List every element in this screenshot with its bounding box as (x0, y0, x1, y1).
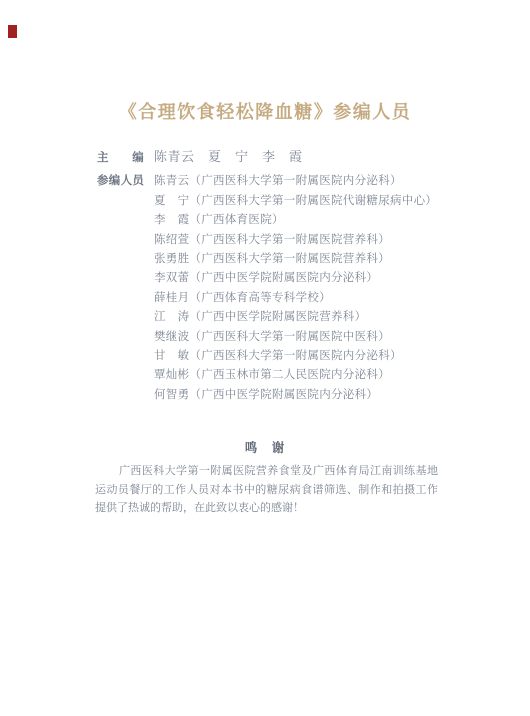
contributor-affiliation: （广西医科大学第一附属医院营养科） (189, 250, 390, 269)
contributor-name: 陈青云 (154, 172, 189, 191)
contributor-row: 夏 宁（广西医科大学第一附属医院代谢糖尿病中心） (97, 192, 437, 211)
contributor-name: 张勇胜 (154, 250, 189, 269)
contributor-affiliation: （广西中医学院附属医院营养科） (189, 308, 366, 327)
chief-editor-row: 主编 陈青云 夏 宁 李 霞 (97, 147, 437, 168)
contributor-affiliation: （广西体育高等专科学校） (189, 289, 331, 308)
contributor-name: 李双蕾 (154, 269, 189, 288)
contributor-name: 陈绍萱 (154, 231, 189, 250)
acknowledgement-line: 提供了热诚的帮助，在此致以衷心的感谢！ (95, 499, 438, 518)
contributor-row: 江 涛（广西中医学院附属医院营养科） (97, 308, 437, 327)
acknowledgement-line: 广西医科大学第一附属医院营养食堂及广西体育局江南训练基地 (95, 462, 438, 481)
chief-editor-label: 主编 (97, 149, 144, 168)
contributor-affiliation: （广西中医学院附属医院内分泌科） (189, 269, 378, 288)
contributor-row: 薛桂月（广西体育高等专科学校） (97, 289, 437, 308)
contributor-name: 樊继波 (154, 328, 189, 347)
contributors-label: 参编人员 (97, 172, 144, 191)
chief-editor-names: 陈青云 夏 宁 李 霞 (154, 147, 303, 166)
contributor-row: 何智勇（广西中医学院附属医院内分泌科） (97, 386, 437, 405)
credits-block: 主编 陈青云 夏 宁 李 霞 参编人员 陈青云（广西医科大学第一附属医院内分泌科… (97, 147, 437, 405)
acknowledgement-paragraph: 广西医科大学第一附属医院营养食堂及广西体育局江南训练基地 运动员餐厅的工作人员对… (95, 462, 438, 518)
contributor-name: 覃灿彬 (154, 366, 189, 385)
contributor-affiliation: （广西医科大学第一附属医院代谢糖尿病中心） (189, 192, 437, 211)
contributor-affiliation: （广西医科大学第一附属医院中医科） (189, 328, 390, 347)
contributor-row: 参编人员 陈青云（广西医科大学第一附属医院内分泌科） (97, 172, 437, 191)
contributor-name: 甘 敏 (154, 347, 189, 366)
contributors-list: 参编人员 陈青云（广西医科大学第一附属医院内分泌科） 夏 宁（广西医科大学第一附… (97, 172, 437, 405)
contributor-row: 覃灿彬（广西玉林市第二人民医院内分泌科） (97, 366, 437, 385)
contributor-row: 李 霞（广西体育医院） (97, 211, 437, 230)
contributor-affiliation: （广西体育医院） (189, 211, 283, 230)
red-corner-scan-mark (8, 25, 17, 38)
contributor-row: 甘 敏（广西医科大学第一附属医院内分泌科） (97, 347, 437, 366)
contributor-row: 张勇胜（广西医科大学第一附属医院营养科） (97, 250, 437, 269)
book-page: 《合理饮食轻松降血糖》参编人员 主编 陈青云 夏 宁 李 霞 参编人员 陈青云（… (0, 0, 530, 716)
acknowledgement-line: 运动员餐厅的工作人员对本书中的糖尿病食谱筛选、制作和拍摄工作 (95, 481, 438, 500)
acknowledgement-heading: 鸣 谢 (0, 438, 530, 456)
contributor-row: 李双蕾（广西中医学院附属医院内分泌科） (97, 269, 437, 288)
contributor-affiliation: （广西医科大学第一附属医院营养科） (189, 231, 390, 250)
contributor-name: 何智勇 (154, 386, 189, 405)
contributor-name: 薛桂月 (154, 289, 189, 308)
contributor-row: 樊继波（广西医科大学第一附属医院中医科） (97, 328, 437, 347)
contributor-row: 陈绍萱（广西医科大学第一附属医院营养科） (97, 231, 437, 250)
contributor-name: 江 涛 (154, 308, 189, 327)
contributor-affiliation: （广西医科大学第一附属医院内分泌科） (189, 347, 401, 366)
contributor-name: 李 霞 (154, 211, 189, 230)
contributor-affiliation: （广西玉林市第二人民医院内分泌科） (189, 366, 390, 385)
page-title: 《合理饮食轻松降血糖》参编人员 (0, 99, 530, 125)
contributor-affiliation: （广西医科大学第一附属医院内分泌科） (189, 172, 401, 191)
contributor-affiliation: （广西中医学院附属医院内分泌科） (189, 386, 378, 405)
contributor-name: 夏 宁 (154, 192, 189, 211)
